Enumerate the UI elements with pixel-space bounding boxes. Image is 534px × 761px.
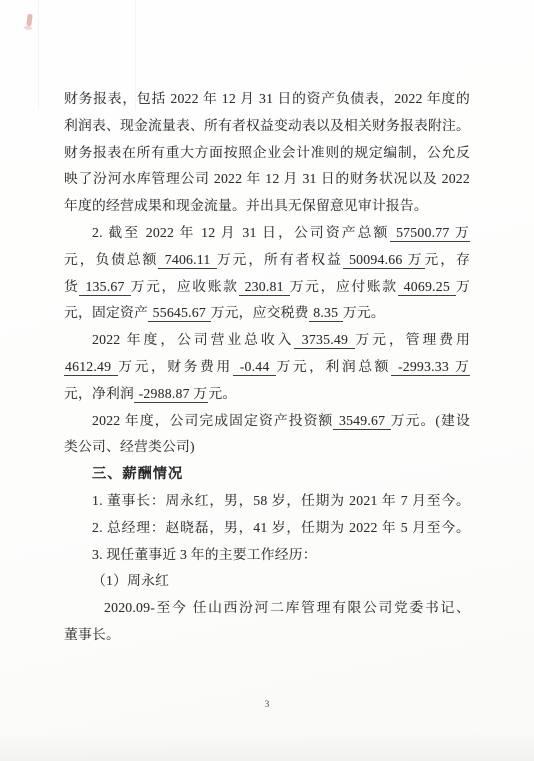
first-line-indent <box>64 531 92 532</box>
text-segment: 2. 总经理：赵晓磊，男，41 岁，任期为 2022 年 5 月至今。 <box>92 520 470 535</box>
text-segment: （1）周永红 <box>92 573 169 588</box>
text-line: 映了汾河水库管理公司 2022 年 12 月 31 日的财务状况以及 2022 <box>64 166 470 193</box>
text-segment: 万元，应收账款 <box>131 279 239 294</box>
underlined-value: 57500.77 万 <box>390 225 470 242</box>
text-line: 4612.49 万元，财务费用 -0.44 万元，利润总额 -2993.33 万 <box>64 354 470 381</box>
document-page: 财务报表，包括 2022 年 12 月 31 日的资产负债表，2022 年度的利… <box>0 0 534 761</box>
underlined-value: -2993.33 万 <box>391 359 470 376</box>
first-line-indent <box>64 611 104 612</box>
text-segment: 元，存 <box>425 252 470 267</box>
text-line: 2020.09-至今 任山西汾河二库管理有限公司党委书记、 <box>64 595 470 622</box>
underlined-value: 3549.67 <box>333 413 390 430</box>
underlined-value: 55645.67 <box>148 305 211 322</box>
text-line: 董事长。 <box>64 622 470 649</box>
first-line-indent <box>64 504 92 505</box>
underlined-value: -2988.87 万 <box>134 386 208 403</box>
first-line-indent <box>64 236 92 237</box>
text-segment: 货 <box>64 279 79 294</box>
section-heading-line: 三、薪酬情况 <box>64 461 470 488</box>
text-segment: 3. 现任董事近 3 年的主要工作经历： <box>92 547 317 562</box>
text-segment: 映了汾河水库管理公司 2022 年 12 月 31 日的财务状况以及 2022 <box>64 171 470 186</box>
document-body: 财务报表，包括 2022 年 12 月 31 日的资产负债表，2022 年度的利… <box>64 86 470 649</box>
text-segment: 1. 董事长：周永红，男，58 岁，任期为 2021 年 7 月至今。 <box>92 493 470 508</box>
text-line: （1）周永红 <box>64 568 470 595</box>
first-line-indent <box>64 477 92 478</box>
red-ink-mark <box>26 14 32 27</box>
underlined-value: 230.81 <box>239 279 290 296</box>
text-segment: 元，固定资产 <box>64 305 148 320</box>
underlined-value: 4612.49 <box>64 359 118 376</box>
text-segment: 财务报表，包括 2022 年 12 月 31 日的资产负债表，2022 年度的 <box>64 91 470 106</box>
first-line-indent <box>64 584 92 585</box>
text-segment: 万元，所有者权益 <box>217 252 343 267</box>
text-segment: 董事长。 <box>64 627 120 642</box>
text-line: 年度的经营成果和现金流量。并出具无保留意见审计报告。 <box>64 193 470 220</box>
text-segment: 元，负债总额 <box>64 252 158 267</box>
text-line: 2. 总经理：赵晓磊，男，41 岁，任期为 2022 年 5 月至今。 <box>64 515 470 542</box>
underlined-value: 7406.11 <box>158 252 217 269</box>
text-line: 财务报表，包括 2022 年 12 月 31 日的资产负债表，2022 年度的 <box>64 86 470 113</box>
text-segment: 万元，管理费用 <box>355 332 470 347</box>
text-segment: 元。 <box>208 386 236 401</box>
underlined-value: 135.67 <box>79 279 130 296</box>
text-line: 2022 年度，公司完成固定资产投资额 3549.67 万元。(建设 <box>64 408 470 435</box>
first-line-indent <box>64 343 92 344</box>
scan-shadow <box>0 733 534 761</box>
text-segment: 万元，利润总额 <box>276 359 390 374</box>
text-segment: 利润表、现金流量表、所有者权益变动表以及相关财务报表附注。 <box>64 118 470 133</box>
text-line: 2. 截至 2022 年 12 月 31 日，公司资产总额 57500.77 万 <box>64 220 470 247</box>
text-segment: 2022 年度，公司营业总收入 <box>92 332 294 347</box>
text-segment: 2. 截至 2022 年 12 月 31 日，公司资产总额 <box>92 225 390 240</box>
text-segment: 万元。(建设 <box>391 413 470 428</box>
text-segment: 万元，财务费用 <box>118 359 232 374</box>
underlined-value: 4069.25 <box>398 279 456 296</box>
first-line-indent <box>64 558 92 559</box>
text-line: 1. 董事长：周永红，男，58 岁，任期为 2021 年 7 月至今。 <box>64 488 470 515</box>
underlined-value: 8.35 <box>309 305 343 322</box>
text-segment: 万元。 <box>343 305 385 320</box>
text-line: 财务报表在所有重大方面按照企业会计准则的规定编制，公允反 <box>64 140 470 167</box>
scan-artifact-line <box>38 0 39 110</box>
text-segment: 元，净利润 <box>64 386 134 401</box>
text-line: 元，净利润 -2988.87 万元。 <box>64 381 470 408</box>
underlined-value: 50094.66 万 <box>343 252 425 269</box>
text-segment: 万元，应付账款 <box>290 279 398 294</box>
text-segment: 财务报表在所有重大方面按照企业会计准则的规定编制，公允反 <box>64 145 470 160</box>
text-segment: 2022 年度，公司完成固定资产投资额 <box>92 413 333 428</box>
first-line-indent <box>64 424 92 425</box>
text-line: 元，固定资产 55645.67 万元，应交税费 8.35 万元。 <box>64 300 470 327</box>
text-line: 货 135.67 万元，应收账款 230.81 万元，应付账款 4069.25 … <box>64 274 470 301</box>
text-line: 类公司、经营类公司) <box>64 434 470 461</box>
text-line: 3. 现任董事近 3 年的主要工作经历： <box>64 542 470 569</box>
page-number: 3 <box>0 700 534 710</box>
underlined-value: 3735.49 <box>294 332 355 349</box>
text-line: 元，负债总额 7406.11 万元，所有者权益 50094.66 万元，存 <box>64 247 470 274</box>
text-segment: 2020.09-至今 任山西汾河二库管理有限公司党委书记、 <box>104 600 470 615</box>
text-line: 2022 年度，公司营业总收入 3735.49 万元，管理费用 <box>64 327 470 354</box>
text-line: 利润表、现金流量表、所有者权益变动表以及相关财务报表附注。 <box>64 113 470 140</box>
text-segment: 万 <box>456 279 470 294</box>
text-segment: 类公司、经营类公司) <box>64 439 195 454</box>
underlined-value: -0.44 <box>233 359 277 376</box>
text-segment: 三、薪酬情况 <box>92 466 183 482</box>
text-segment: 年度的经营成果和现金流量。并出具无保留意见审计报告。 <box>64 198 428 213</box>
text-segment: 万元，应交税费 <box>211 305 309 320</box>
